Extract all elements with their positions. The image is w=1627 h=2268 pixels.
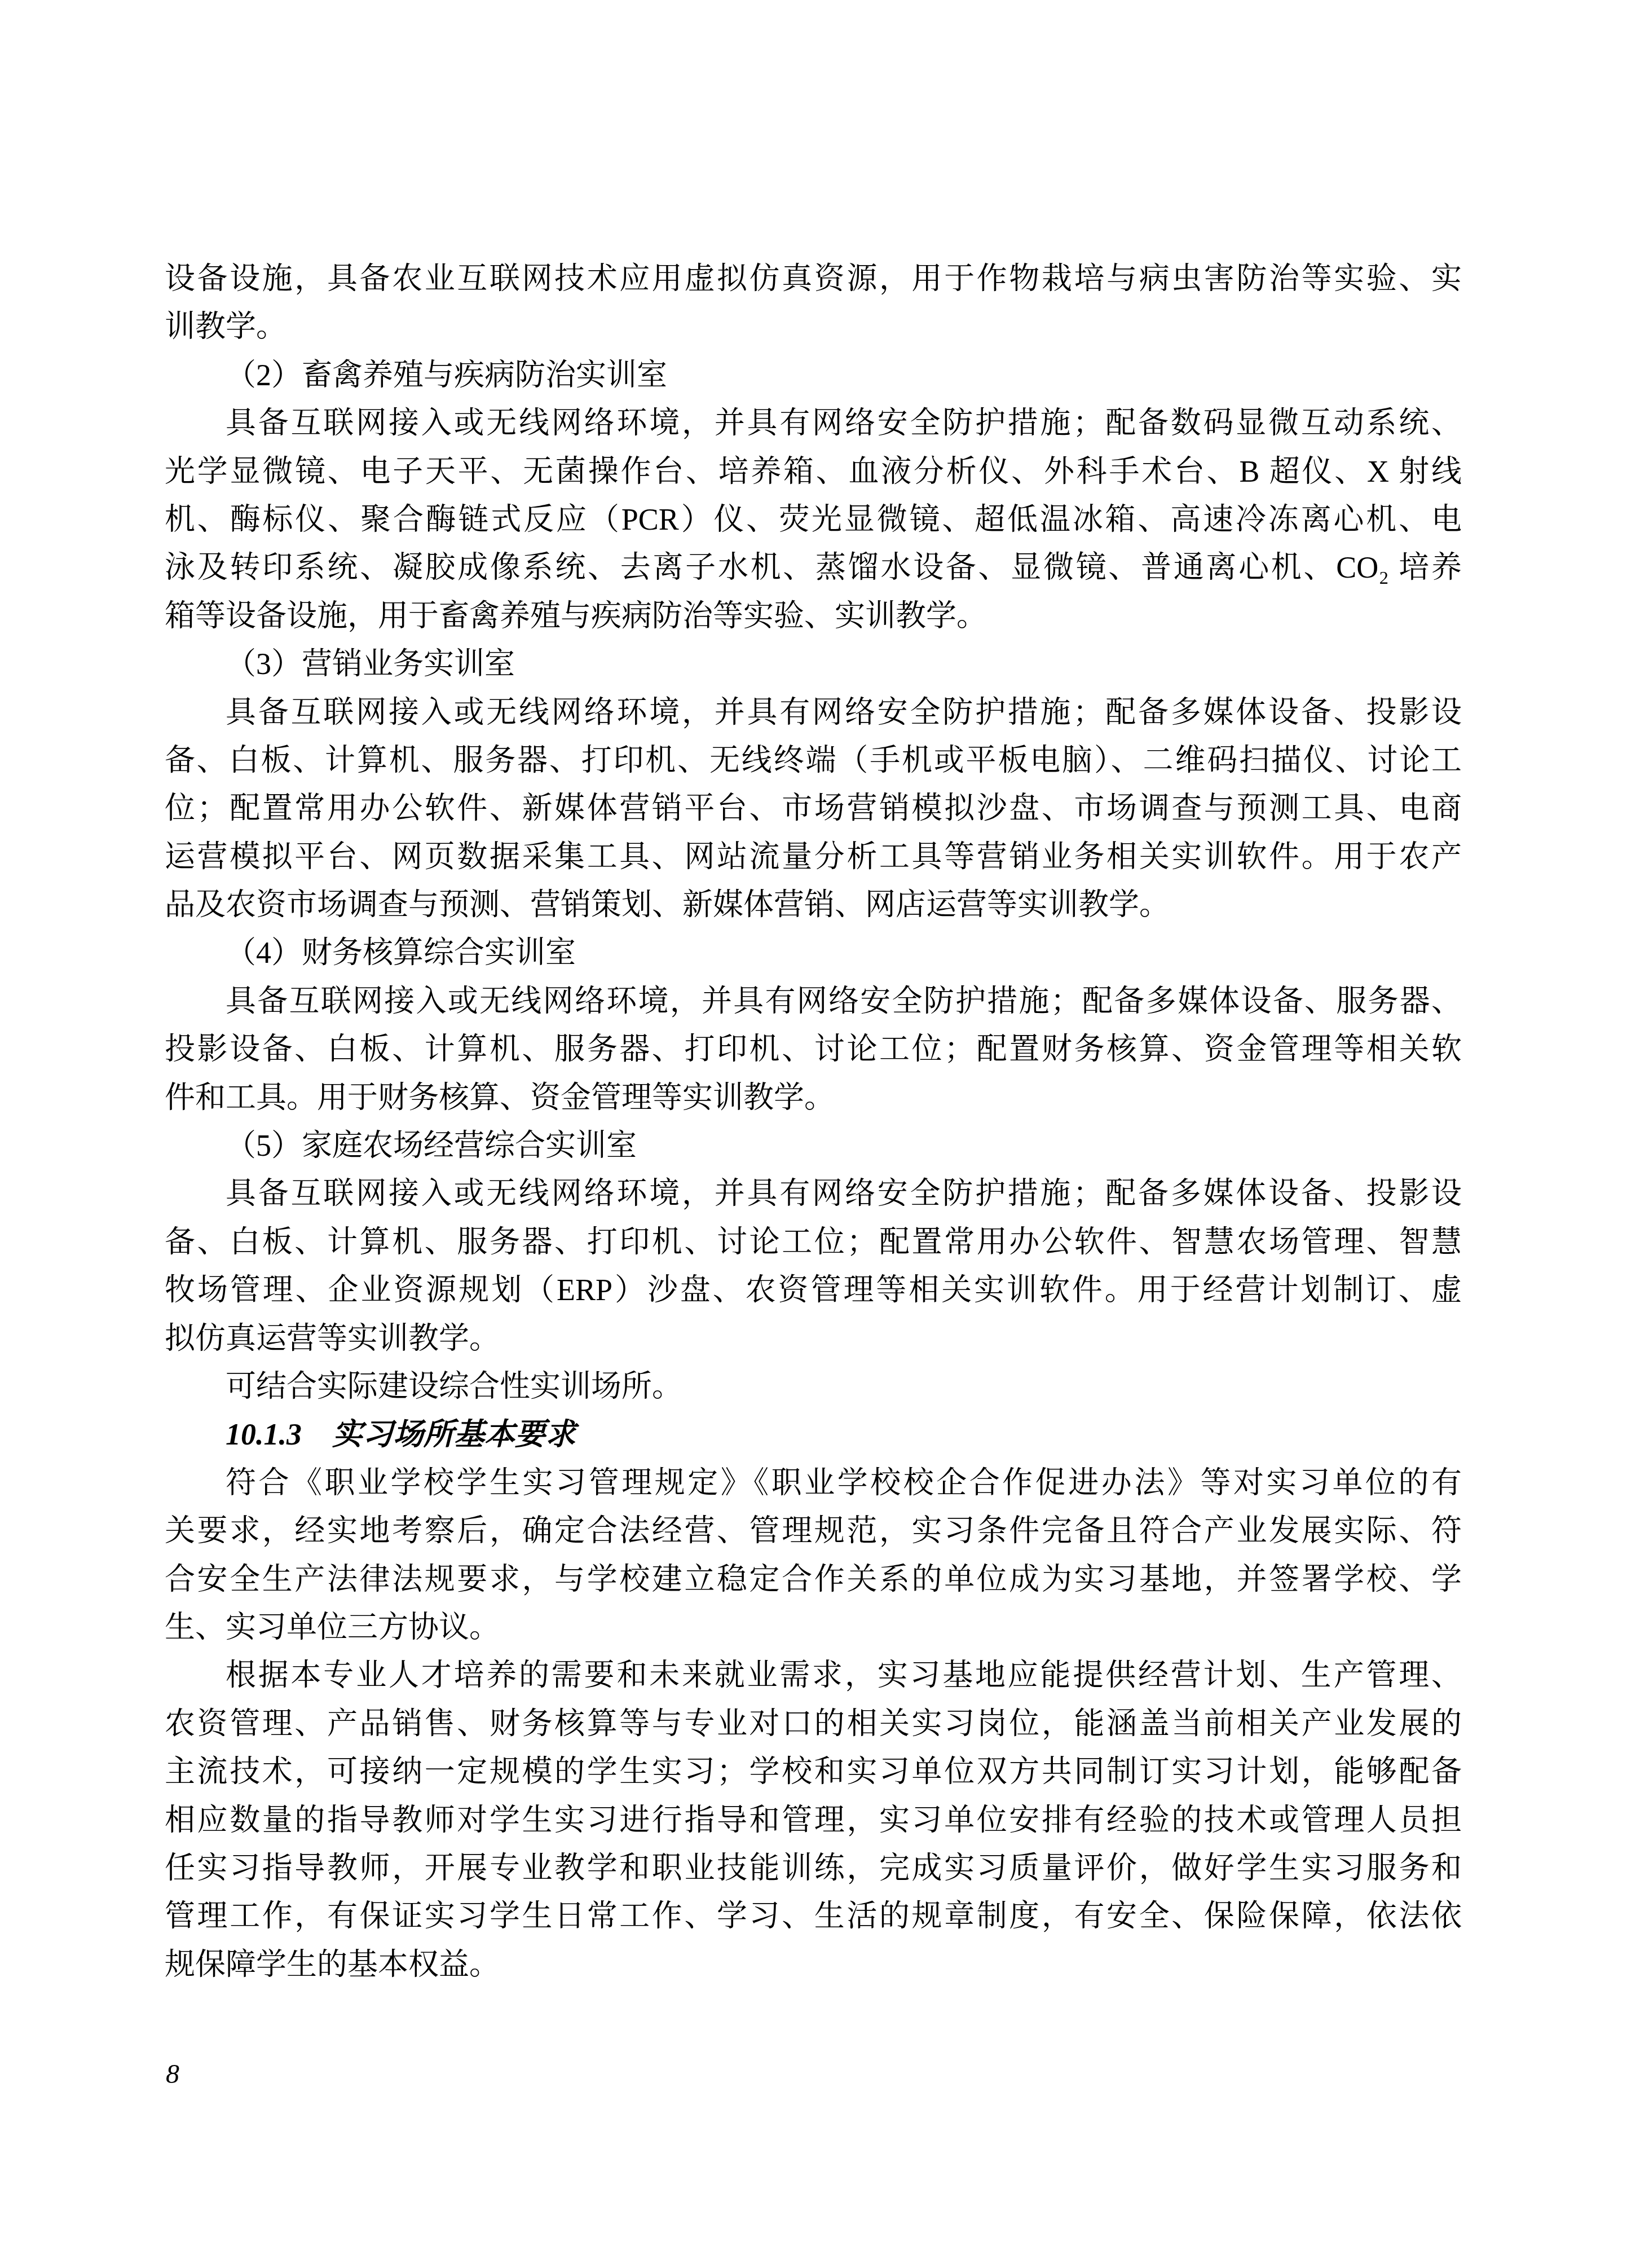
paragraph: 可结合实际建设综合性实训场所。 <box>165 1363 1462 1411</box>
sub-heading: （5）家庭农场经营综合实训室 <box>165 1122 1462 1170</box>
text-line: 具备互联网接入或无线网络环境，并具有网络安全防护措施；配备多媒体设备、服务器、 <box>165 977 1462 1025</box>
text-line: 运营模拟平台、网页数据采集工具、网站流量分析工具等营销业务相关实训软件。用于农产 <box>165 833 1462 881</box>
text-line: 件和工具。用于财务核算、资金管理等实训教学。 <box>165 1074 1462 1122</box>
text-line: （4）财务核算综合实训室 <box>165 929 1462 977</box>
text-line: 训教学。 <box>165 303 1462 351</box>
text-line: （5）家庭农场经营综合实训室 <box>165 1122 1462 1170</box>
page-number: 8 <box>166 2058 179 2091</box>
text-line: 拟仿真运营等实训教学。 <box>165 1315 1462 1363</box>
text-line: 相应数量的指导教师对学生实习进行指导和管理，实习单位安排有经验的技术或管理人员担 <box>165 1796 1462 1844</box>
section-heading: 10.1.3 实习场所基本要求 <box>165 1411 1462 1459</box>
paragraph: 具备互联网接入或无线网络环境，并具有网络安全防护措施；配备数码显微互动系统、光学… <box>165 399 1462 640</box>
text-line: 10.1.3 实习场所基本要求 <box>165 1411 1462 1459</box>
text-line: 箱等设备设施，用于畜禽养殖与疾病防治等实验、实训教学。 <box>165 592 1462 640</box>
paragraph: 具备互联网接入或无线网络环境，并具有网络安全防护措施；配备多媒体设备、投影设备、… <box>165 1170 1462 1363</box>
text-line: 具备互联网接入或无线网络环境，并具有网络安全防护措施；配备多媒体设备、投影设 <box>165 1170 1462 1218</box>
text-line: 符合《职业学校学生实习管理规定》《职业学校校企合作促进办法》等对实习单位的有 <box>165 1459 1462 1507</box>
text-line: 规保障学生的基本权益。 <box>165 1941 1462 1989</box>
text-line: 可结合实际建设综合性实训场所。 <box>165 1363 1462 1411</box>
text-line: 品及农资市场调查与预测、营销策划、新媒体营销、网店运营等实训教学。 <box>165 881 1462 929</box>
text-line: 生、实习单位三方协议。 <box>165 1604 1462 1652</box>
paragraph: 具备互联网接入或无线网络环境，并具有网络安全防护措施；配备多媒体设备、服务器、投… <box>165 977 1462 1122</box>
text-line: 光学显微镜、电子天平、无菌操作台、培养箱、血液分析仪、外科手术台、B 超仪、X … <box>165 448 1462 496</box>
text-line: 设备设施，具备农业互联网技术应用虚拟仿真资源，用于作物栽培与病虫害防治等实验、实 <box>165 255 1462 303</box>
text-line: 泳及转印系统、凝胶成像系统、去离子水机、蒸馏水设备、显微镜、普通离心机、CO₂ … <box>165 544 1462 592</box>
text-line: 机、酶标仪、聚合酶链式反应（PCR）仪、荧光显微镜、超低温冰箱、高速冷冻离心机、… <box>165 496 1462 544</box>
text-line: 备、白板、计算机、服务器、打印机、无线终端（手机或平板电脑）、二维码扫描仪、讨论… <box>165 737 1462 785</box>
text-line: 主流技术，可接纳一定规模的学生实习；学校和实习单位双方共同制订实习计划，能够配备 <box>165 1748 1462 1796</box>
paragraph: 设备设施，具备农业互联网技术应用虚拟仿真资源，用于作物栽培与病虫害防治等实验、实… <box>165 255 1462 351</box>
text-line: 具备互联网接入或无线网络环境，并具有网络安全防护措施；配备数码显微互动系统、 <box>165 399 1462 447</box>
page-body-text: 设备设施，具备农业互联网技术应用虚拟仿真资源，用于作物栽培与病虫害防治等实验、实… <box>165 255 1462 1989</box>
text-line: 位；配置常用办公软件、新媒体营销平台、市场营销模拟沙盘、市场调查与预测工具、电商 <box>165 785 1462 833</box>
text-line: 投影设备、白板、计算机、服务器、打印机、讨论工位；配置财务核算、资金管理等相关软 <box>165 1025 1462 1073</box>
paragraph: 根据本专业人才培养的需要和未来就业需求，实习基地应能提供经营计划、生产管理、农资… <box>165 1652 1462 1989</box>
paragraph: 具备互联网接入或无线网络环境，并具有网络安全防护措施；配备多媒体设备、投影设备、… <box>165 689 1462 930</box>
text-line: 管理工作，有保证实习学生日常工作、学习、生活的规章制度，有安全、保险保障，依法依 <box>165 1892 1462 1940</box>
sub-heading: （2）畜禽养殖与疾病防治实训室 <box>165 351 1462 399</box>
text-line: 根据本专业人才培养的需要和未来就业需求，实习基地应能提供经营计划、生产管理、 <box>165 1652 1462 1699</box>
text-line: （3）营销业务实训室 <box>165 640 1462 688</box>
text-line: 关要求，经实地考察后，确定合法经营、管理规范，实习条件完备且符合产业发展实际、符 <box>165 1507 1462 1555</box>
text-line: （2）畜禽养殖与疾病防治实训室 <box>165 351 1462 399</box>
paragraph: 符合《职业学校学生实习管理规定》《职业学校校企合作促进办法》等对实习单位的有关要… <box>165 1459 1462 1652</box>
text-line: 合安全生产法律法规要求，与学校建立稳定合作关系的单位成为实习基地，并签署学校、学 <box>165 1556 1462 1604</box>
text-line: 备、白板、计算机、服务器、打印机、讨论工位；配置常用办公软件、智慧农场管理、智慧 <box>165 1218 1462 1266</box>
sub-heading: （3）营销业务实训室 <box>165 640 1462 688</box>
sub-heading: （4）财务核算综合实训室 <box>165 929 1462 977</box>
text-line: 任实习指导教师，开展专业教学和职业技能训练，完成实习质量评价，做好学生实习服务和 <box>165 1844 1462 1892</box>
text-line: 牧场管理、企业资源规划（ERP）沙盘、农资管理等相关实训软件。用于经营计划制订、… <box>165 1266 1462 1314</box>
document-page: 设备设施，具备农业互联网技术应用虚拟仿真资源，用于作物栽培与病虫害防治等实验、实… <box>0 0 1627 2268</box>
text-line: 具备互联网接入或无线网络环境，并具有网络安全防护措施；配备多媒体设备、投影设 <box>165 689 1462 737</box>
text-line: 农资管理、产品销售、财务核算等与专业对口的相关实习岗位，能涵盖当前相关产业发展的 <box>165 1700 1462 1748</box>
